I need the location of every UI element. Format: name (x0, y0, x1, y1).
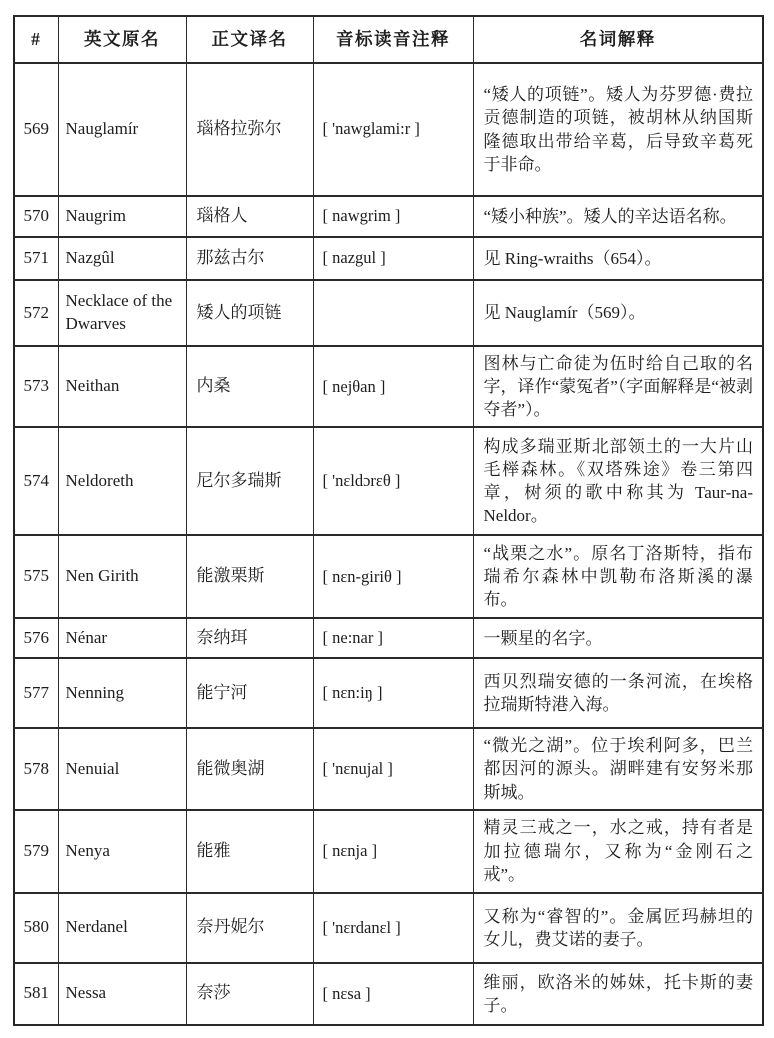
table-row: 569 Nauglamír 瑙格拉弥尔 [ 'nawglami:r ] “矮人的… (14, 63, 763, 196)
column-header-definition: 名词解释 (473, 16, 763, 63)
english-name: Neldoreth (58, 427, 186, 535)
entry-number: 570 (14, 196, 58, 237)
column-header-english-name: 英文原名 (58, 16, 186, 63)
english-name: Nénar (58, 618, 186, 658)
definition-text: 又称为“睿智的”。金属匠玛赫坦的女儿，费艾诺的妻子。 (473, 893, 763, 963)
english-name: Naugrim (58, 196, 186, 237)
table-row: 575 Nen Girith 能激栗斯 [ nɛn-giriθ ] “战栗之水”… (14, 535, 763, 618)
translated-name: 那兹古尔 (186, 237, 313, 280)
entry-number: 574 (14, 427, 58, 535)
header-row: # 英文原名 正文译名 音标读音注释 名词解释 (14, 16, 763, 63)
table-row: 580 Nerdanel 奈丹妮尔 [ 'nɛrdanɛl ] 又称为“睿智的”… (14, 893, 763, 963)
phonetic-notation: [ nɛnja ] (313, 810, 473, 893)
phonetic-notation: [ nɛsa ] (313, 963, 473, 1025)
definition-text: 图林与亡命徒为伍时给自己取的名字，译作“蒙冤者”（字面解释是“被剥夺者”）。 (473, 346, 763, 427)
table-row: 576 Nénar 奈纳珥 [ ne:nar ] 一颗星的名字。 (14, 618, 763, 658)
entry-number: 580 (14, 893, 58, 963)
definition-text: 精灵三戒之一，水之戒，持有者是加拉德瑞尔，又称为“金刚石之戒”。 (473, 810, 763, 893)
english-name: Nenuial (58, 728, 186, 809)
english-name: Nessa (58, 963, 186, 1025)
table-row: 574 Neldoreth 尼尔多瑞斯 [ 'nɛldɔrɛθ ] 构成多瑞亚斯… (14, 427, 763, 535)
entry-number: 572 (14, 280, 58, 346)
entry-number: 573 (14, 346, 58, 427)
translated-name: 能雅 (186, 810, 313, 893)
table-row: 578 Nenuial 能微奥湖 [ 'nɛnujal ] “微光之湖”。位于埃… (14, 728, 763, 809)
phonetic-notation: [ 'nɛldɔrɛθ ] (313, 427, 473, 535)
phonetic-notation: [ 'nawglami:r ] (313, 63, 473, 196)
definition-text: “矮人的项链”。矮人为芬罗德·费拉贡德制造的项链，被胡林从纳国斯隆德取出带给辛葛… (473, 63, 763, 196)
english-name: Necklace of the Dwarves (58, 280, 186, 346)
translated-name: 奈莎 (186, 963, 313, 1025)
english-name: Nen Girith (58, 535, 186, 618)
translated-name: 内桑 (186, 346, 313, 427)
entry-number: 569 (14, 63, 58, 196)
translated-name: 奈丹妮尔 (186, 893, 313, 963)
entry-number: 581 (14, 963, 58, 1025)
translated-name: 能宁河 (186, 658, 313, 728)
table-row: 572 Necklace of the Dwarves 矮人的项链 见 Naug… (14, 280, 763, 346)
definition-text: 见 Nauglamír（569）。 (473, 280, 763, 346)
definition-text: 一颗星的名字。 (473, 618, 763, 658)
entry-number: 577 (14, 658, 58, 728)
english-name: Nerdanel (58, 893, 186, 963)
phonetic-notation: [ nɛn:iŋ ] (313, 658, 473, 728)
entry-number: 578 (14, 728, 58, 809)
table-row: 581 Nessa 奈莎 [ nɛsa ] 维丽，欧洛米的姊妹，托卡斯的妻子。 (14, 963, 763, 1025)
entry-number: 576 (14, 618, 58, 658)
translated-name: 瑙格人 (186, 196, 313, 237)
english-name: Neithan (58, 346, 186, 427)
translated-name: 尼尔多瑞斯 (186, 427, 313, 535)
english-name: Nenya (58, 810, 186, 893)
glossary-table: # 英文原名 正文译名 音标读音注释 名词解释 569 Nauglamír 瑙格… (13, 15, 764, 1026)
entry-number: 571 (14, 237, 58, 280)
table-row: 571 Nazgûl 那兹古尔 [ nazgul ] 见 Ring-wraith… (14, 237, 763, 280)
translated-name: 矮人的项链 (186, 280, 313, 346)
entry-number: 575 (14, 535, 58, 618)
table-row: 579 Nenya 能雅 [ nɛnja ] 精灵三戒之一，水之戒，持有者是加拉… (14, 810, 763, 893)
phonetic-notation: [ 'nɛnujal ] (313, 728, 473, 809)
phonetic-notation: [ nawgrim ] (313, 196, 473, 237)
definition-text: “战栗之水”。原名丁洛斯特，指布瑞希尔森林中凯勒布洛斯溪的瀑布。 (473, 535, 763, 618)
phonetic-notation: [ nejθan ] (313, 346, 473, 427)
entry-number: 579 (14, 810, 58, 893)
column-header-translation: 正文译名 (186, 16, 313, 63)
phonetic-notation: [ ne:nar ] (313, 618, 473, 658)
table-row: 570 Naugrim 瑙格人 [ nawgrim ] “矮小种族”。矮人的辛达… (14, 196, 763, 237)
definition-text: 见 Ring-wraiths（654）。 (473, 237, 763, 280)
scanned-glossary-page: # 英文原名 正文译名 音标读音注释 名词解释 569 Nauglamír 瑙格… (0, 0, 774, 1038)
definition-text: “微光之湖”。位于埃利阿多，巴兰都因河的源头。湖畔建有安努米那斯城。 (473, 728, 763, 809)
table-row: 577 Nenning 能宁河 [ nɛn:iŋ ] 西贝烈瑞安德的一条河流，在… (14, 658, 763, 728)
translated-name: 奈纳珥 (186, 618, 313, 658)
definition-text: 维丽，欧洛米的姊妹，托卡斯的妻子。 (473, 963, 763, 1025)
translated-name: 能激栗斯 (186, 535, 313, 618)
english-name: Nazgûl (58, 237, 186, 280)
english-name: Nauglamír (58, 63, 186, 196)
phonetic-notation: [ 'nɛrdanɛl ] (313, 893, 473, 963)
phonetic-notation: [ nɛn-giriθ ] (313, 535, 473, 618)
table-row: 573 Neithan 内桑 [ nejθan ] 图林与亡命徒为伍时给自己取的… (14, 346, 763, 427)
english-name: Nenning (58, 658, 186, 728)
translated-name: 能微奥湖 (186, 728, 313, 809)
definition-text: 西贝烈瑞安德的一条河流，在埃格拉瑞斯特港入海。 (473, 658, 763, 728)
phonetic-notation (313, 280, 473, 346)
column-header-number: # (14, 16, 58, 63)
translated-name: 瑙格拉弥尔 (186, 63, 313, 196)
definition-text: “矮小种族”。矮人的辛达语名称。 (473, 196, 763, 237)
phonetic-notation: [ nazgul ] (313, 237, 473, 280)
definition-text: 构成多瑞亚斯北部领土的一大片山毛榉森林。《双塔殊途》卷三第四章，树须的歌中称其为… (473, 427, 763, 535)
column-header-phonetic: 音标读音注释 (313, 16, 473, 63)
